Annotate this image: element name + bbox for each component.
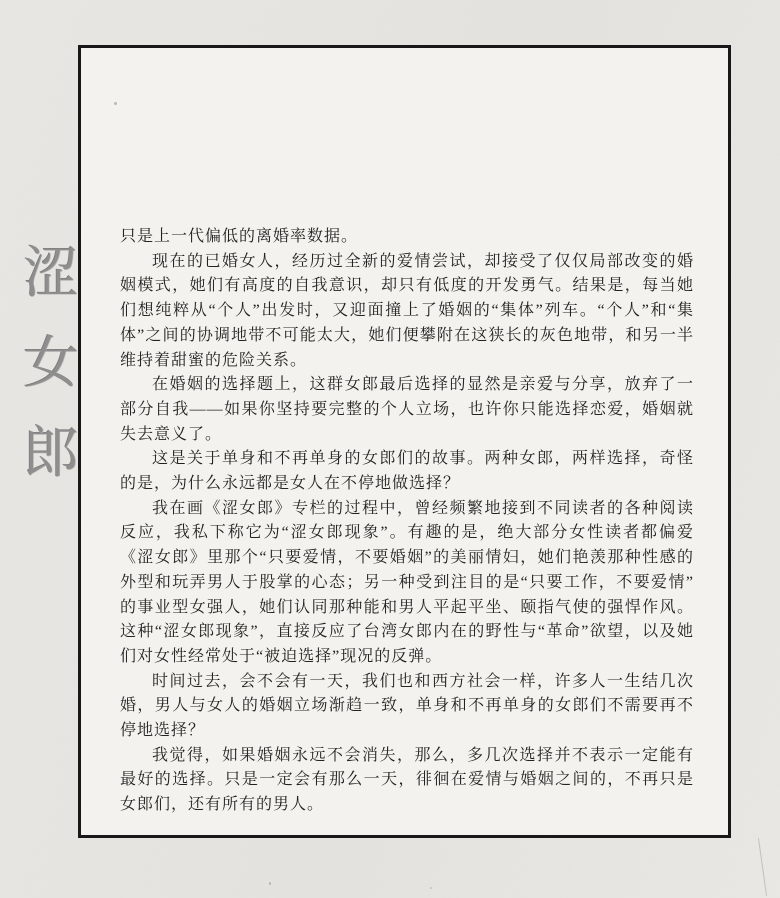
body-text-column: 只是上一代偏低的离婚率数据。 现在的已婚女人，经历过全新的爱情尝试，却接受了仅仅… bbox=[120, 225, 694, 818]
scanned-page: 涩 女 郎 只是上一代偏低的离婚率数据。 现在的已婚女人，经历过全新的爱情尝试，… bbox=[0, 0, 780, 898]
paragraph: 在婚姻的选择题上，这群女郎最后选择的显然是亲爱与分享，放弃了一部分自我——如果你… bbox=[120, 373, 694, 447]
scan-speck bbox=[269, 882, 271, 885]
margin-title-char: 涩 bbox=[22, 246, 80, 336]
margin-title-char: 郎 bbox=[22, 426, 80, 516]
paragraph: 这是关于单身和不再单身的女郎们的故事。两种女郎，两样选择，奇怪的是，为什么永远都… bbox=[120, 447, 694, 496]
scan-scratch-mark bbox=[758, 838, 767, 896]
paragraph: 我在画《涩女郎》专栏的过程中，曾经频繁地接到不同读者的各种阅读反应，我私下称它为… bbox=[120, 497, 694, 670]
margin-title-char: 女 bbox=[22, 336, 80, 426]
paragraph: 时间过去，会不会有一天，我们也和西方社会一样，许多人一生结几次婚，男人与女人的婚… bbox=[120, 670, 694, 744]
paragraph: 我觉得，如果婚姻永远不会消失，那么，多几次选择并不表示一定能有最好的选择。只是一… bbox=[120, 744, 694, 818]
page-border-frame: 只是上一代偏低的离婚率数据。 现在的已婚女人，经历过全新的爱情尝试，却接受了仅仅… bbox=[78, 45, 731, 838]
paragraph: 只是上一代偏低的离婚率数据。 bbox=[120, 225, 694, 250]
scan-speck bbox=[430, 887, 432, 889]
margin-vertical-title: 涩 女 郎 bbox=[22, 246, 80, 516]
paragraph: 现在的已婚女人，经历过全新的爱情尝试，却接受了仅仅局部改变的婚姻模式，她们有高度… bbox=[120, 250, 694, 374]
